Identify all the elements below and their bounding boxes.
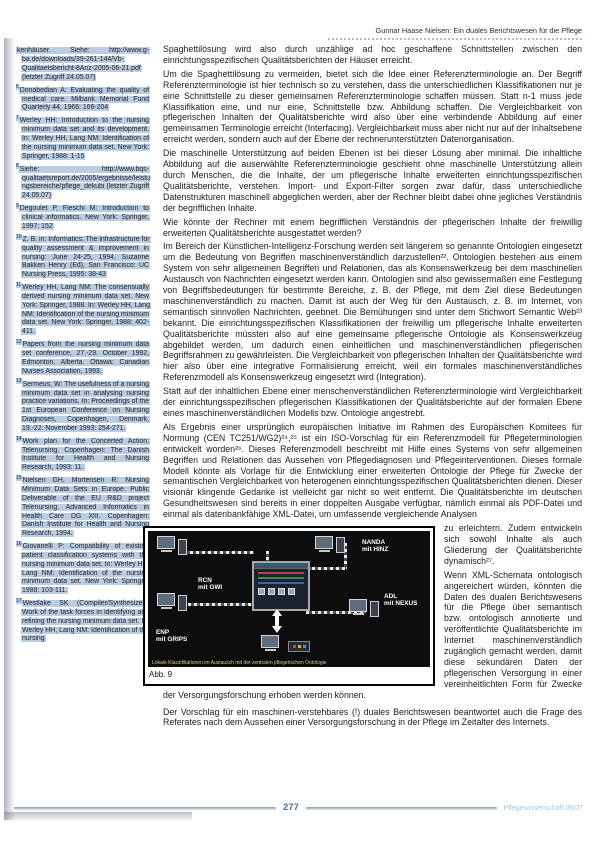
footer-rule-right <box>306 807 497 810</box>
network-line <box>184 551 254 554</box>
figure-screen: RCN mit GWI NANDA mit HINZ ENP <box>148 531 430 667</box>
footnote-text: Degoulet P, Fieschi M: Introduction to c… <box>19 205 150 230</box>
paragraph: Im Bereich der Künstlichen-Intelligenz-F… <box>163 241 582 383</box>
footnote-number: 14 <box>16 436 22 442</box>
footnote-number: 12 <box>16 339 22 345</box>
server-icon <box>370 601 379 617</box>
paragraph: Als Ergebnis einer ursprünglich europäis… <box>163 422 582 520</box>
computer-icon <box>260 635 280 651</box>
footnote-item: 13Sermeus, W: The usefulness of a nursin… <box>16 377 150 433</box>
node-label: ENP mit GRIPS <box>156 629 187 643</box>
footnote-item: 12Papers from the nursing minimum data s… <box>16 338 150 376</box>
server-icon <box>178 539 187 555</box>
footnote-text: kenhäuser. Siehe: http://www.g-ba.de/dow… <box>16 47 150 80</box>
page-footer: 277 Pflegewissenschaft 06/07 <box>14 803 583 813</box>
node-label: NANDA mit HINZ <box>362 539 388 553</box>
footnote-item: 9Degoulet P, Fieschi M: Introduction to … <box>16 202 150 232</box>
page-number: 277 <box>283 803 299 813</box>
paragraph: Statt auf der inhaltlichen Ebene einer m… <box>163 386 582 419</box>
footnote-item: 14Work plan for the Concerted Action: Te… <box>16 435 150 473</box>
computer-icon <box>156 593 176 609</box>
paragraph: Die maschinelle Unterstützung auf beiden… <box>163 148 582 213</box>
footnote-item: 16Giovanelli P: Compatibility of existin… <box>16 540 150 596</box>
footer-rule-left <box>14 807 276 810</box>
footnotes-panel: kenhäuser. Siehe: http://www.g-ba.de/dow… <box>16 44 150 645</box>
server-icon <box>178 595 187 611</box>
footnote-text: Siehe: http://www.bqs-qualitaetsreport.d… <box>19 166 151 199</box>
paragraph: Um die Spaghettilösung zu vermeiden, bie… <box>163 69 582 145</box>
footnote-text: Werley HH, Lang NM: The consensually der… <box>21 284 151 335</box>
window-titlebar <box>254 563 308 569</box>
footnote-number: 13 <box>16 378 22 384</box>
footnote-text: Papers from the nursing minimum data set… <box>21 341 150 374</box>
paragraph: Spaghettilösung wird also durch unzählig… <box>163 44 582 66</box>
footnote-text: Nielsen GH, Mortensen R: Nursing Minimum… <box>21 477 150 537</box>
footnote-text: Donabedian A: Evaluating the quality of … <box>19 87 150 112</box>
paragraph: Wie könnte der Rechner mit einem begriff… <box>163 217 582 239</box>
server-icon <box>336 537 345 553</box>
footnote-item: 7Werley HH: Introduction to the nursing … <box>16 114 150 161</box>
footnote-number: 15 <box>16 475 22 481</box>
network-line <box>188 603 252 606</box>
running-header: Gunnar Haase Nielsen: Ein duales Bericht… <box>328 26 582 40</box>
footnote-item: 10Z. B. in: Informatics: The infrastruct… <box>16 233 150 280</box>
paragraph: Der Vorschlag für ein maschinen-verstehb… <box>163 704 582 729</box>
footnote-item: 15Nielsen GH, Mortensen R: Nursing Minim… <box>16 474 150 539</box>
footnote-text: Sermeus, W: The usefulness of a nursing … <box>21 381 150 432</box>
page: Gunnar Haase Nielsen: Ein duales Bericht… <box>0 0 595 842</box>
gutter-shadow-left <box>4 38 15 820</box>
gutter-shadow-bottom <box>4 812 192 822</box>
journal-title: Pflegewissenschaft 06/07 <box>504 805 583 812</box>
node-label: RCN mit GWI <box>198 577 222 591</box>
main-column: Spaghettilösung wird also durch unzählig… <box>163 44 582 731</box>
footnote-number: 10 <box>16 234 22 240</box>
footnote-text: Werley HH: Introduction to the nursing m… <box>19 117 150 159</box>
computer-icon <box>156 536 176 552</box>
computer-icon <box>348 599 368 615</box>
figure-inner-caption: Lokale Klassifikationen im Austausch mit… <box>152 660 426 666</box>
footnote-item: 8Siehe: http://www.bqs-qualitaetsreport.… <box>16 162 150 200</box>
figure-frame: RCN mit GWI NANDA mit HINZ ENP <box>143 526 435 686</box>
network-line <box>306 567 346 570</box>
footnote-number: 16 <box>16 541 22 547</box>
footnote-item: 6Donabedian A: Evaluating the quality of… <box>16 83 150 113</box>
footnote-number: 17 <box>16 598 22 604</box>
double-arrow-icon <box>271 609 283 638</box>
footnote-text: Z. B. in: Informatics: The infrastructur… <box>21 236 151 278</box>
figure-label: Abb. 9 <box>148 667 430 681</box>
footnote-text: Giovanelli P: Compatibility of existing … <box>21 543 150 594</box>
ontology-window <box>252 561 310 611</box>
footnote-item: 17Westlake SK (Compiler/Synthesizer): Wo… <box>16 597 150 644</box>
footnote-item: kenhäuser. Siehe: http://www.g-ba.de/dow… <box>16 44 150 82</box>
ontology-emblem <box>288 641 310 652</box>
footnote-text: Work plan for the Concerted Action: Tele… <box>21 438 150 471</box>
figure: RCN mit GWI NANDA mit HINZ ENP <box>143 526 435 686</box>
computer-icon <box>314 536 334 552</box>
footnote-text: Westlake SK (Compiler/Synthesizer): Work… <box>21 600 150 642</box>
footnote-item: 11Werley HH, Lang NM: The consensually d… <box>16 281 150 337</box>
running-title: Gunnar Haase Nielsen: Ein duales Bericht… <box>376 26 582 35</box>
node-label: ADL mit NEXUS <box>384 593 417 607</box>
